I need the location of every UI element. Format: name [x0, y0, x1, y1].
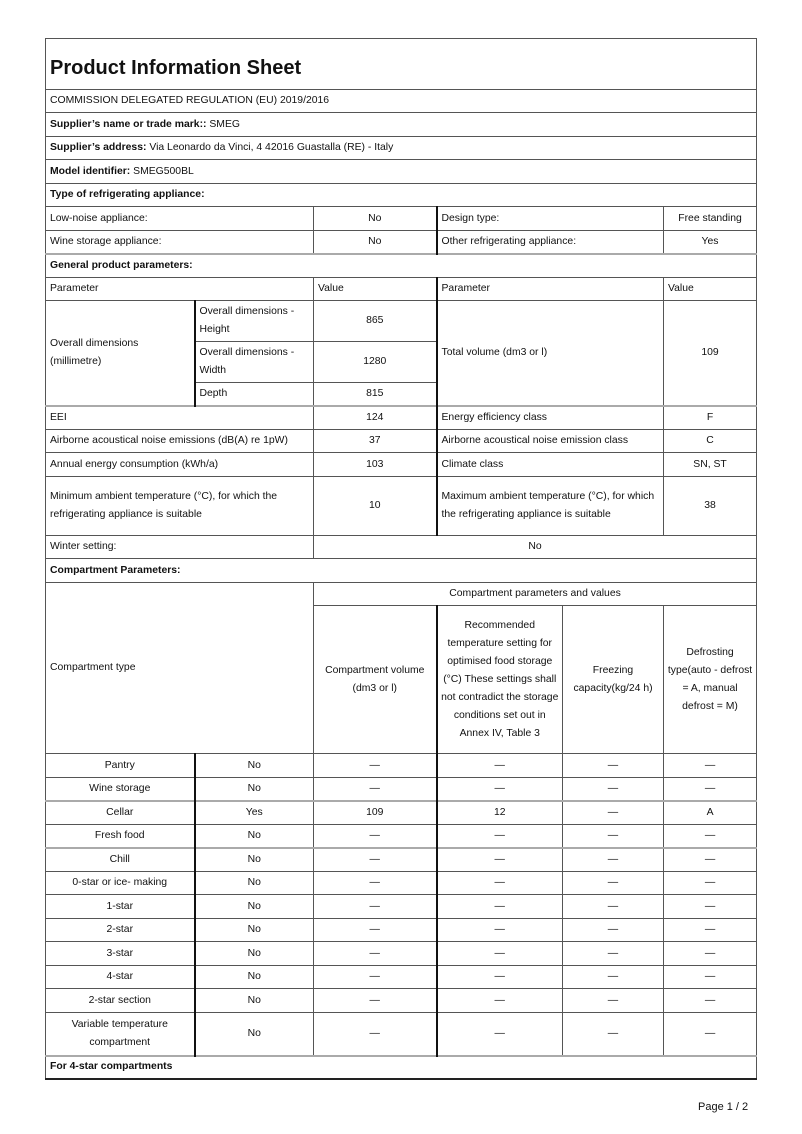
compartment-defrost-type: — [664, 895, 757, 919]
compartment-defrost-type: — [664, 872, 757, 895]
compartment-defrost-type: — [664, 825, 757, 848]
compartment-volume: — [314, 989, 437, 1013]
compartment-temperature: — [437, 966, 563, 989]
param-value: No [314, 207, 437, 231]
compartment-temperature: — [437, 989, 563, 1013]
width-value: 1280 [314, 342, 437, 383]
volume-header: Compartment volume (dm3 or l) [314, 606, 437, 754]
supplier-name-label: Supplier’s name or trade mark:: [50, 119, 206, 130]
compartment-volume: — [314, 1013, 437, 1056]
compartment-freezing-capacity: — [563, 895, 664, 919]
compartment-present: Yes [195, 801, 314, 825]
compartment-type: Cellar [46, 801, 195, 825]
compartment-volume: — [314, 848, 437, 872]
param-label: Annual energy consumption (kWh/a) [46, 453, 314, 477]
compartment-temperature: 12 [437, 801, 563, 825]
param-label: Wine storage appliance: [46, 231, 314, 254]
compartment-volume: — [314, 966, 437, 989]
compartment-defrost-type: — [664, 1013, 757, 1056]
compartment-temperature: — [437, 942, 563, 966]
compartment-defrost-type: — [664, 919, 757, 942]
total-volume-label: Total volume (dm3 or l) [437, 301, 664, 406]
compartment-freezing-capacity: — [563, 754, 664, 778]
param-label: Design type: [437, 207, 664, 231]
freezing-capacity-header: Freezing capacity(kg/24 h) [563, 606, 664, 754]
compartment-type: 2-star section [46, 989, 195, 1013]
compartment-row: 3-starNo———— [46, 942, 757, 966]
supplier-name-value: SMEG [206, 119, 240, 130]
compartment-volume: 109 [314, 801, 437, 825]
general-parameters-heading: General product parameters: [46, 254, 757, 278]
param-label: Other refrigerating appliance: [437, 231, 664, 254]
param-value: F [664, 406, 757, 430]
compartment-present: No [195, 895, 314, 919]
compartment-freezing-capacity: — [563, 801, 664, 825]
compartment-freezing-capacity: — [563, 872, 664, 895]
compartment-defrost-type: — [664, 848, 757, 872]
compartment-row: PantryNo———— [46, 754, 757, 778]
compartment-type: Chill [46, 848, 195, 872]
param-label: Airborne acoustical noise emission class [437, 430, 664, 453]
supplier-address-label: Supplier’s address: [50, 142, 146, 153]
compartment-row: CellarYes10912—A [46, 801, 757, 825]
compartment-present: No [195, 1013, 314, 1056]
four-star-compartments-heading: For 4-star compartments [46, 1056, 757, 1079]
winter-setting-label: Winter setting: [46, 536, 314, 559]
compartment-temperature: — [437, 919, 563, 942]
compartment-freezing-capacity: — [563, 989, 664, 1013]
compartment-present: No [195, 942, 314, 966]
param-label: Climate class [437, 453, 664, 477]
column-header: Value [664, 278, 757, 301]
param-value: Free standing [664, 207, 757, 231]
dimensions-label: Overall dimensions (millimetre) [46, 301, 195, 406]
temperature-header: Recommended temperature setting for opti… [437, 606, 563, 754]
supplier-address-row: Supplier’s address: Via Leonardo da Vinc… [46, 137, 757, 160]
model-identifier-value: SMEG500BL [130, 166, 194, 177]
compartment-defrost-type: A [664, 801, 757, 825]
compartment-freezing-capacity: — [563, 942, 664, 966]
compartment-temperature: — [437, 825, 563, 848]
param-label: Minimum ambient temperature (°C), for wh… [46, 477, 314, 536]
compartment-defrost-type: — [664, 989, 757, 1013]
column-header: Parameter [46, 278, 314, 301]
compartment-type: 1-star [46, 895, 195, 919]
compartment-present: No [195, 754, 314, 778]
compartment-type: 4-star [46, 966, 195, 989]
compartment-type: Pantry [46, 754, 195, 778]
param-label: Airborne acoustical noise emissions (dB(… [46, 430, 314, 453]
compartment-freezing-capacity: — [563, 1013, 664, 1056]
compartment-group-header: Compartment parameters and values [314, 583, 757, 606]
page-title: Product Information Sheet [46, 39, 757, 90]
defrosting-type-header: Defrosting type(auto - defrost = A, manu… [664, 606, 757, 754]
compartment-temperature: — [437, 1013, 563, 1056]
compartment-row: 2-starNo———— [46, 919, 757, 942]
param-label: Low-noise appliance: [46, 207, 314, 231]
param-value: 103 [314, 453, 437, 477]
appliance-type-row: Wine storage appliance: No Other refrige… [46, 231, 757, 254]
compartment-defrost-type: — [664, 778, 757, 801]
column-header: Value [314, 278, 437, 301]
param-value: Yes [664, 231, 757, 254]
compartment-row: 2-star sectionNo———— [46, 989, 757, 1013]
general-row: EEI 124 Energy efficiency class F [46, 406, 757, 430]
compartment-type: Fresh food [46, 825, 195, 848]
regulation-reference: COMMISSION DELEGATED REGULATION (EU) 201… [46, 90, 757, 113]
compartment-volume: — [314, 754, 437, 778]
compartment-defrost-type: — [664, 966, 757, 989]
param-value: SN, ST [664, 453, 757, 477]
column-header: Parameter [437, 278, 664, 301]
compartment-defrost-type: — [664, 754, 757, 778]
compartment-volume: — [314, 895, 437, 919]
compartment-defrost-type: — [664, 942, 757, 966]
param-label: Energy efficiency class [437, 406, 664, 430]
appliance-type-row: Low-noise appliance: No Design type: Fre… [46, 207, 757, 231]
compartment-freezing-capacity: — [563, 848, 664, 872]
compartment-present: No [195, 989, 314, 1013]
compartment-row: 1-starNo———— [46, 895, 757, 919]
param-value: 10 [314, 477, 437, 536]
width-label: Overall dimensions - Width [195, 342, 314, 383]
supplier-address-value: Via Leonardo da Vinci, 4 42016 Guastalla… [146, 142, 393, 153]
depth-value: 815 [314, 383, 437, 406]
compartment-freezing-capacity: — [563, 966, 664, 989]
param-value: 124 [314, 406, 437, 430]
height-label: Overall dimensions - Height [195, 301, 314, 342]
compartment-row: 4-starNo———— [46, 966, 757, 989]
compartment-volume: — [314, 942, 437, 966]
total-volume-value: 109 [664, 301, 757, 406]
compartment-present: No [195, 966, 314, 989]
page-number: Page 1 / 2 [698, 1101, 748, 1113]
compartment-present: No [195, 825, 314, 848]
compartment-type-header: Compartment type [46, 583, 314, 754]
compartment-present: No [195, 872, 314, 895]
param-label: EEI [46, 406, 314, 430]
compartment-temperature: — [437, 848, 563, 872]
compartment-present: No [195, 919, 314, 942]
compartment-row: Wine storageNo———— [46, 778, 757, 801]
compartment-freezing-capacity: — [563, 778, 664, 801]
compartment-type: 0-star or ice- making [46, 872, 195, 895]
compartment-row: ChillNo———— [46, 848, 757, 872]
compartment-freezing-capacity: — [563, 825, 664, 848]
general-row: Airborne acoustical noise emissions (dB(… [46, 430, 757, 453]
compartment-row: Variable temperature compartmentNo———— [46, 1013, 757, 1056]
model-identifier-row: Model identifier: SMEG500BL [46, 160, 757, 184]
appliance-type-heading: Type of refrigerating appliance: [46, 184, 757, 207]
compartment-temperature: — [437, 895, 563, 919]
param-value: C [664, 430, 757, 453]
compartment-volume: — [314, 825, 437, 848]
depth-label: Depth [195, 383, 314, 406]
compartment-parameters-heading: Compartment Parameters: [46, 559, 757, 583]
compartment-temperature: — [437, 872, 563, 895]
compartment-volume: — [314, 872, 437, 895]
compartment-type: 3-star [46, 942, 195, 966]
winter-setting-value: No [314, 536, 757, 559]
compartment-volume: — [314, 778, 437, 801]
compartment-present: No [195, 778, 314, 801]
compartment-volume: — [314, 919, 437, 942]
product-information-table: Product Information Sheet COMMISSION DEL… [45, 38, 757, 1080]
compartment-row: Fresh foodNo———— [46, 825, 757, 848]
compartment-temperature: — [437, 754, 563, 778]
param-value: 37 [314, 430, 437, 453]
general-row: Annual energy consumption (kWh/a) 103 Cl… [46, 453, 757, 477]
compartment-row: 0-star or ice- makingNo———— [46, 872, 757, 895]
supplier-name-row: Supplier’s name or trade mark:: SMEG [46, 113, 757, 137]
param-value: 38 [664, 477, 757, 536]
model-identifier-label: Model identifier: [50, 166, 130, 177]
compartment-type: 2-star [46, 919, 195, 942]
compartment-temperature: — [437, 778, 563, 801]
compartment-type: Variable temperature compartment [46, 1013, 195, 1056]
general-header-row: Parameter Value Parameter Value [46, 278, 757, 301]
general-row: Minimum ambient temperature (°C), for wh… [46, 477, 757, 536]
compartment-freezing-capacity: — [563, 919, 664, 942]
param-label: Maximum ambient temperature (°C), for wh… [437, 477, 664, 536]
compartment-type: Wine storage [46, 778, 195, 801]
compartment-present: No [195, 848, 314, 872]
param-value: No [314, 231, 437, 254]
winter-setting-row: Winter setting: No [46, 536, 757, 559]
height-value: 865 [314, 301, 437, 342]
